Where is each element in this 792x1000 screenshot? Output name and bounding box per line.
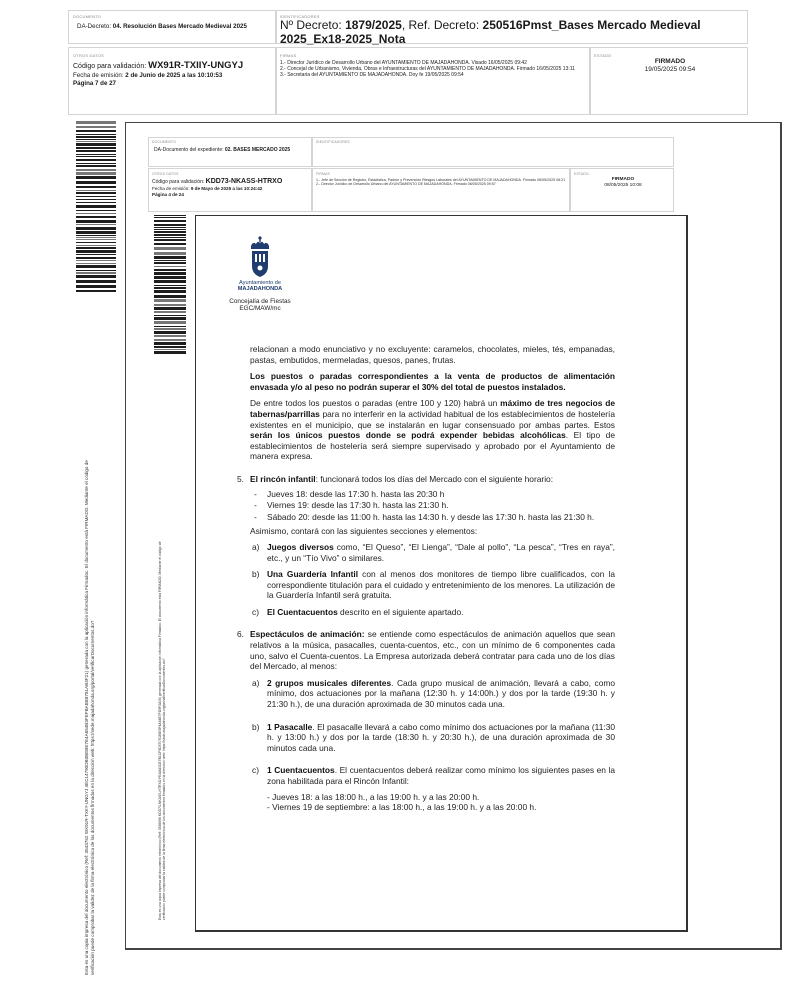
identificadores-label: IDENTIFICADORES [316, 140, 350, 144]
pagina-indicator: Página 7 de 27 [73, 80, 116, 88]
documento-label: DOCUMENTO [152, 140, 176, 144]
outer-header-documento: DOCUMENTO DA-Decreto: 04. Resolución Bas… [68, 10, 276, 44]
estado-label: ESTADO [574, 172, 589, 176]
outer-header-identificadores: IDENTIFICADORES Nº Decreto: 1879/2025, R… [276, 10, 748, 44]
schedule-item: -Jueves 18: desde las 17:30 h. hasta las… [250, 489, 615, 500]
documento-title: DA-Documento del expediente: 02. BASES M… [154, 147, 304, 154]
barcode-inner [154, 215, 186, 355]
estado-date: 08/05/2025 10:08 [571, 183, 675, 188]
paragraph-tabernas: De entre todos los puestos o paradas (en… [250, 398, 615, 462]
list-item: c)El Cuentacuentos descrito en el siguie… [250, 607, 615, 618]
inner-header-documento: DOCUMENTO DA-Documento del expediente: 0… [148, 137, 312, 167]
coat-of-arms-icon [245, 236, 275, 278]
list-item: b)1 Pasacalle. El pasacalle llevará a ca… [250, 722, 615, 754]
list-item: a)2 grupos musicales diferentes. Cada gr… [250, 678, 615, 710]
pase-item: - Viernes 19 de septiembre: a las 18:00 … [267, 802, 615, 813]
otros-datos-label: OTROS DATOS [152, 172, 179, 176]
otros-datos-label: OTROS DATOS [73, 53, 104, 58]
firmas-list: 1.- Jefe de Sección de Registro, Estadís… [316, 178, 566, 187]
ayuntamiento-logo: Ayuntamiento de MAJADAHONDA Concejalía d… [220, 236, 300, 312]
section-number: 5. [237, 474, 244, 485]
estado-value: FIRMADO [591, 58, 749, 65]
section-espectaculos: 6. Espectáculos de animación: se entiend… [250, 629, 615, 812]
pases-list: - Jueves 18: a las 18:00 h., a las 19:00… [250, 792, 615, 813]
barcode-outer [76, 121, 116, 293]
paragraph-limite-alimentacion: Los puestos o paradas correspondientes a… [250, 371, 615, 392]
section-number: 6. [237, 629, 244, 640]
section-rincon-infantil: 5. El rincón infantil: funcionará todos … [250, 474, 615, 618]
schedule-item: -Sábado 20: desde las 11:00 h. hasta las… [250, 512, 615, 523]
outer-header-otros-datos: OTROS DATOS Código para validación: WX91… [68, 47, 276, 115]
firmas-list: 1.- Director Jurídico de Desarrollo Urba… [280, 60, 586, 78]
section-heading: El rincón infantil: funcionará todos los… [250, 474, 615, 485]
paragraph-productos: relacionan a modo enunciativo y no exclu… [250, 344, 615, 365]
documento-label: DOCUMENTO [73, 14, 101, 19]
department-name: Concejalía de Fiestas [220, 298, 300, 305]
section-heading: Espectáculos de animación: se entiende c… [250, 629, 615, 671]
documento-title: DA-Decreto: 04. Resolución Bases Mercado… [77, 23, 267, 31]
document-ref: EGC/MAW/mc [220, 305, 300, 312]
pagina-indicator: Página 4 de 24 [152, 192, 184, 197]
document-body: relacionan a modo enunciativo y no exclu… [250, 344, 615, 813]
inner-header-firmas: FIRMAS 1.- Jefe de Sección de Registro, … [312, 168, 570, 212]
paragraph-asimismo: Asimismo, contará con las siguientes sec… [250, 526, 615, 537]
decreto-identifier: Nº Decreto: 1879/2025, Ref. Decreto: 250… [280, 18, 740, 46]
firma-line: 3.- Secretaria del AYUNTAMIENTO DE MAJAD… [280, 72, 586, 78]
inner-header-otros-datos: OTROS DATOS Código para validación: KDD7… [148, 168, 312, 212]
schedule-list: -Jueves 18: desde las 17:30 h. hasta las… [250, 489, 615, 523]
codigo-validacion: Código para validación: WX91R-TXIIY-UNGY… [73, 61, 243, 71]
firma-line: 2.- Director Jurídico de Desarrollo Urba… [316, 182, 566, 186]
verification-text-inner: Esta es una copia impresa del documento … [158, 370, 167, 920]
firmas-label: FIRMAS [280, 53, 296, 58]
schedule-item: -Viernes 19: desde las 17:30 h. hasta la… [250, 500, 615, 511]
pase-item: - Jueves 18: a las 18:00 h., a las 19:00… [267, 792, 615, 803]
list-item: a)Juegos diversos como, “El Queso”, “El … [250, 542, 615, 563]
codigo-validacion-value[interactable]: KDD73-NKASS-HTRXO [206, 178, 283, 185]
fecha-emision: Fecha de emisión: 2 de Junio de 2025 a l… [73, 72, 222, 80]
inner-header-identificadores: IDENTIFICADORES [312, 137, 674, 167]
outer-header-firmas: FIRMAS 1.- Director Jurídico de Desarrol… [276, 47, 590, 115]
estado-value: FIRMADO [571, 177, 675, 182]
codigo-validacion-value[interactable]: WX91R-TXIIY-UNGYJ [148, 60, 243, 71]
fecha-emision: Fecha de emisión: 9 de Mayo de 2025 a la… [152, 186, 262, 191]
outer-header-estado: ESTADO FIRMADO 19/05/2025 09:54 [590, 47, 748, 115]
logo-line2: MAJADAHONDA [220, 286, 300, 292]
firmas-label: FIRMAS [316, 172, 330, 176]
list-item: c)1 Cuentacuentos. El cuentacuentos debe… [250, 765, 615, 786]
codigo-validacion: Código para validación: KDD73-NKASS-HTRX… [152, 178, 282, 186]
inner-header-estado: ESTADO FIRMADO 08/05/2025 10:08 [570, 168, 674, 212]
list-item: b)Una Guardería Infantil con al menos do… [250, 569, 615, 601]
verification-text-outer: Esta es una copia impresa del documento … [84, 295, 95, 975]
estado-date: 19/05/2025 09:54 [591, 66, 749, 73]
